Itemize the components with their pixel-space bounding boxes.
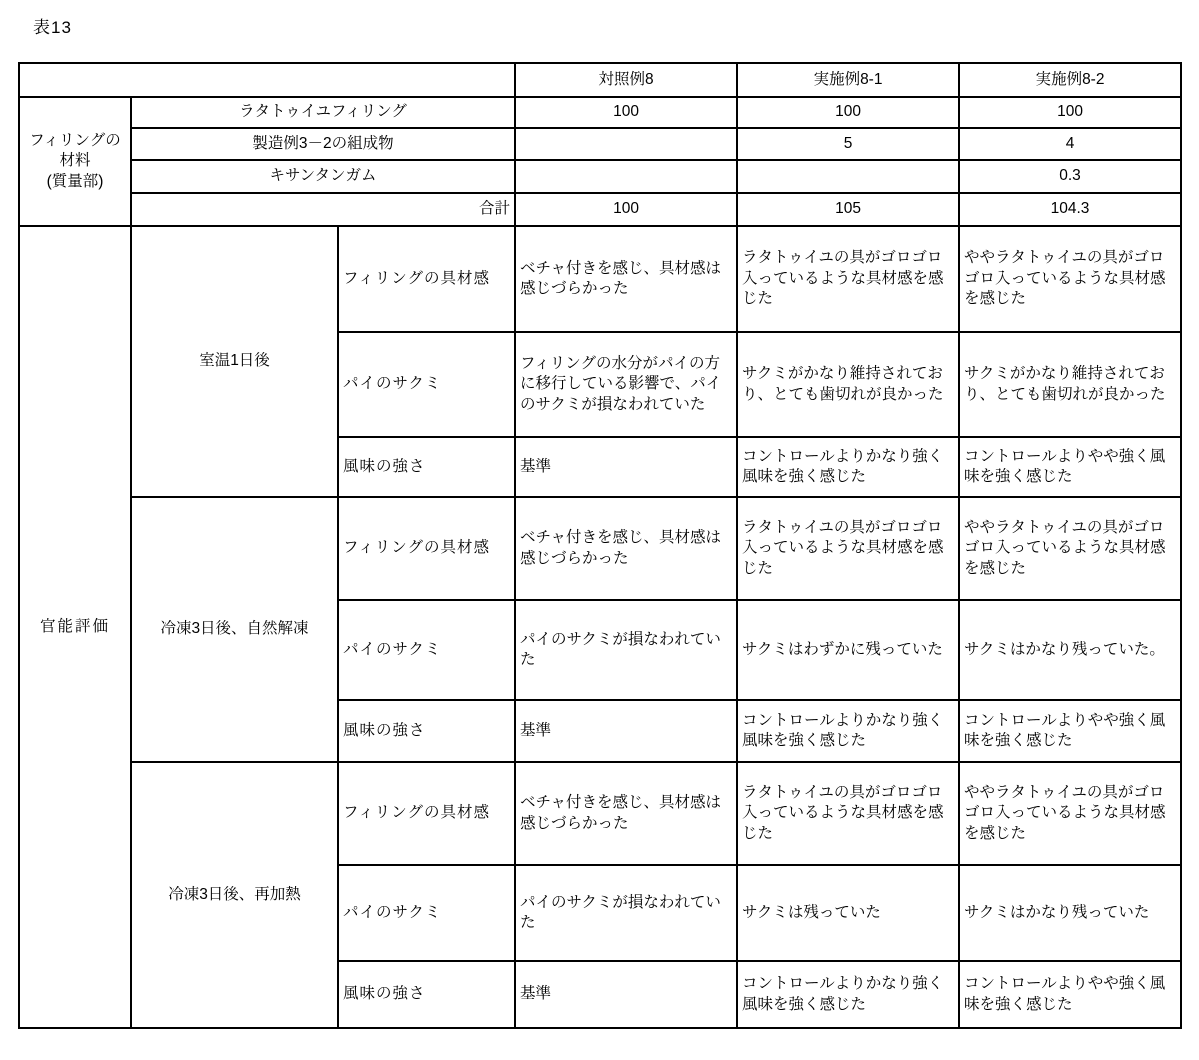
evaluation-cell: パイのサクミが損なわれていた bbox=[515, 865, 737, 961]
material-row: 製造例3－2の組成物 5 4 bbox=[19, 128, 1181, 160]
material-value bbox=[515, 128, 737, 160]
attribute-label: 風味の強さ bbox=[338, 437, 515, 497]
attribute-label: フィリングの具材感 bbox=[338, 497, 515, 600]
sensory-row: 官能評価 室温1日後 フィリングの具材感 ベチャ付きを感じ、具材感は感じづらかっ… bbox=[19, 226, 1181, 332]
material-value: 4 bbox=[959, 128, 1181, 160]
material-label: キサンタンガム bbox=[131, 160, 515, 193]
condition-label: 室温1日後 bbox=[131, 226, 338, 497]
attribute-label: フィリングの具材感 bbox=[338, 226, 515, 332]
table-title: 表13 bbox=[33, 13, 72, 38]
attribute-label: パイのサクミ bbox=[338, 600, 515, 700]
sensory-group-label: 官能評価 bbox=[19, 226, 131, 1028]
header-example-2: 実施例8-2 bbox=[959, 63, 1181, 97]
evaluation-cell: サクミは残っていた bbox=[737, 865, 959, 961]
evaluation-cell: コントロールよりかなり強く風味を強く感じた bbox=[737, 437, 959, 497]
header-blank-cell bbox=[19, 63, 515, 97]
material-value bbox=[737, 160, 959, 193]
attribute-label: パイのサクミ bbox=[338, 332, 515, 437]
attribute-label: 風味の強さ bbox=[338, 700, 515, 762]
material-value: 5 bbox=[737, 128, 959, 160]
document-page: 表13 対照例8 実施例8-1 実施例8-2 フィリングの 材料 (質量部) ラ… bbox=[0, 0, 1199, 1060]
evaluation-cell: 基準 bbox=[515, 961, 737, 1028]
material-value: 100 bbox=[515, 97, 737, 128]
material-label: ラタトゥイユフィリング bbox=[131, 97, 515, 128]
header-row: 対照例8 実施例8-1 実施例8-2 bbox=[19, 63, 1181, 97]
material-value: 100 bbox=[515, 193, 737, 226]
materials-group-label: フィリングの 材料 (質量部) bbox=[19, 97, 131, 226]
evaluation-cell: サクミはかなり残っていた bbox=[959, 865, 1181, 961]
evaluation-cell: ベチャ付きを感じ、具材感は感じづらかった bbox=[515, 762, 737, 865]
evaluation-cell: サクミがかなり維持されており、とても歯切れが良かった bbox=[737, 332, 959, 437]
evaluation-cell: コントロールよりかなり強く風味を強く感じた bbox=[737, 961, 959, 1028]
evaluation-cell: サクミはわずかに残っていた bbox=[737, 600, 959, 700]
material-value: 104.3 bbox=[959, 193, 1181, 226]
evaluation-cell: コントロールよりやや強く風味を強く感じた bbox=[959, 961, 1181, 1028]
evaluation-cell: ラタトゥイユの具がゴロゴロ入っているような具材感を感じた bbox=[737, 762, 959, 865]
material-total-row: 合計 100 105 104.3 bbox=[19, 193, 1181, 226]
sensory-row: 冷凍3日後、再加熱 フィリングの具材感 ベチャ付きを感じ、具材感は感じづらかった… bbox=[19, 762, 1181, 865]
attribute-label: パイのサクミ bbox=[338, 865, 515, 961]
evaluation-cell: 基準 bbox=[515, 437, 737, 497]
material-total-label: 合計 bbox=[131, 193, 515, 226]
evaluation-cell: サクミはかなり残っていた。 bbox=[959, 600, 1181, 700]
evaluation-cell: コントロールよりやや強く風味を強く感じた bbox=[959, 437, 1181, 497]
evaluation-cell: コントロールよりかなり強く風味を強く感じた bbox=[737, 700, 959, 762]
evaluation-cell: パイのサクミが損なわれていた bbox=[515, 600, 737, 700]
attribute-label: フィリングの具材感 bbox=[338, 762, 515, 865]
header-example-1: 実施例8-1 bbox=[737, 63, 959, 97]
material-value: 105 bbox=[737, 193, 959, 226]
evaluation-cell: フィリングの水分がパイの方に移行している影響で、パイのサクミが損なわれていた bbox=[515, 332, 737, 437]
material-label: 製造例3－2の組成物 bbox=[131, 128, 515, 160]
evaluation-cell: ややラタトゥイユの具がゴロゴロ入っているような具材感を感じた bbox=[959, 226, 1181, 332]
evaluation-cell: ややラタトゥイユの具がゴロゴロ入っているような具材感を感じた bbox=[959, 762, 1181, 865]
evaluation-cell: ベチャ付きを感じ、具材感は感じづらかった bbox=[515, 497, 737, 600]
evaluation-cell: ややラタトゥイユの具がゴロゴロ入っているような具材感を感じた bbox=[959, 497, 1181, 600]
condition-label: 冷凍3日後、自然解凍 bbox=[131, 497, 338, 762]
material-value: 100 bbox=[737, 97, 959, 128]
attribute-label: 風味の強さ bbox=[338, 961, 515, 1028]
evaluation-cell: サクミがかなり維持されており、とても歯切れが良かった bbox=[959, 332, 1181, 437]
evaluation-cell: ラタトゥイユの具がゴロゴロ入っているような具材感を感じた bbox=[737, 497, 959, 600]
material-value: 100 bbox=[959, 97, 1181, 128]
header-control: 対照例8 bbox=[515, 63, 737, 97]
evaluation-cell: ラタトゥイユの具がゴロゴロ入っているような具材感を感じた bbox=[737, 226, 959, 332]
material-row: キサンタンガム 0.3 bbox=[19, 160, 1181, 193]
evaluation-table: 対照例8 実施例8-1 実施例8-2 フィリングの 材料 (質量部) ラタトゥイ… bbox=[18, 62, 1182, 1029]
evaluation-cell: コントロールよりやや強く風味を強く感じた bbox=[959, 700, 1181, 762]
evaluation-cell: ベチャ付きを感じ、具材感は感じづらかった bbox=[515, 226, 737, 332]
evaluation-cell: 基準 bbox=[515, 700, 737, 762]
sensory-row: 冷凍3日後、自然解凍 フィリングの具材感 ベチャ付きを感じ、具材感は感じづらかっ… bbox=[19, 497, 1181, 600]
material-row: フィリングの 材料 (質量部) ラタトゥイユフィリング 100 100 100 bbox=[19, 97, 1181, 128]
material-value: 0.3 bbox=[959, 160, 1181, 193]
condition-label: 冷凍3日後、再加熱 bbox=[131, 762, 338, 1028]
material-value bbox=[515, 160, 737, 193]
